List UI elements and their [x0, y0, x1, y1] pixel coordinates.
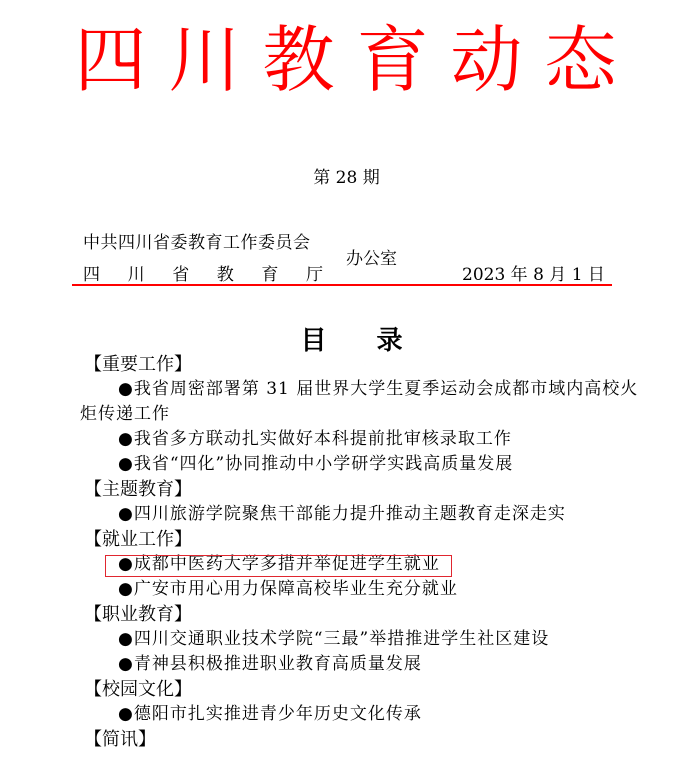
toc-item[interactable]: ●四川交通职业技术学院“三最”举措推进学生社区建设 [80, 627, 640, 652]
toc-section-heading: 【主题教育】 [84, 477, 640, 502]
toc-item[interactable]: ●德阳市扎实推进青少年历史文化传承 [80, 702, 640, 727]
issue-number: 第 28 期 [0, 163, 693, 188]
toc-item[interactable]: ●我省多方联动扎实做好本科提前批审核录取工作 [80, 427, 640, 452]
toc-item[interactable]: ●我省周密部署第 31 届世界大学生夏季运动会成都市域内高校火炬传递工作 [80, 377, 640, 427]
red-divider [72, 284, 612, 286]
issuer-char: 四 [83, 260, 100, 285]
toc-item[interactable]: ●青神县积极推进职业教育高质量发展 [80, 652, 640, 677]
issuer-char: 厅 [306, 260, 323, 285]
issuer-char: 川 [128, 260, 145, 285]
toc-item-highlighted[interactable]: ●成都中医药大学多措并举促进学生就业 [80, 552, 640, 577]
toc-section-heading: 【职业教育】 [84, 602, 640, 627]
highlight-box [105, 555, 452, 577]
issuer-char: 教 [217, 260, 234, 285]
toc-section-heading: 【重要工作】 [84, 352, 640, 377]
toc-item[interactable]: ●四川旅游学院聚焦干部能力提升推动主题教育走深走实 [80, 502, 640, 527]
toc-section-heading: 【简讯】 [84, 727, 640, 752]
issuer-line-2: 四 川 省 教 育 厅 [83, 260, 323, 285]
toc-item[interactable]: ●广安市用心用力保障高校毕业生充分就业 [80, 577, 640, 602]
issuer-line-1: 中共四川省委教育工作委员会 [83, 228, 311, 253]
issue-date: 2023 年 8 月 1 日 [462, 260, 605, 285]
table-of-contents: 【重要工作】 ●我省周密部署第 31 届世界大学生夏季运动会成都市域内高校火炬传… [80, 352, 640, 752]
masthead-title: 四川教育动态 [0, 10, 693, 110]
issuer-char: 省 [172, 260, 189, 285]
issuer-office: 办公室 [346, 244, 397, 269]
toc-section-heading: 【就业工作】 [84, 527, 640, 552]
toc-section-heading: 【校园文化】 [84, 677, 640, 702]
issuer-char: 育 [261, 260, 278, 285]
toc-item[interactable]: ●我省“四化”协同推动中小学研学实践高质量发展 [80, 452, 640, 477]
